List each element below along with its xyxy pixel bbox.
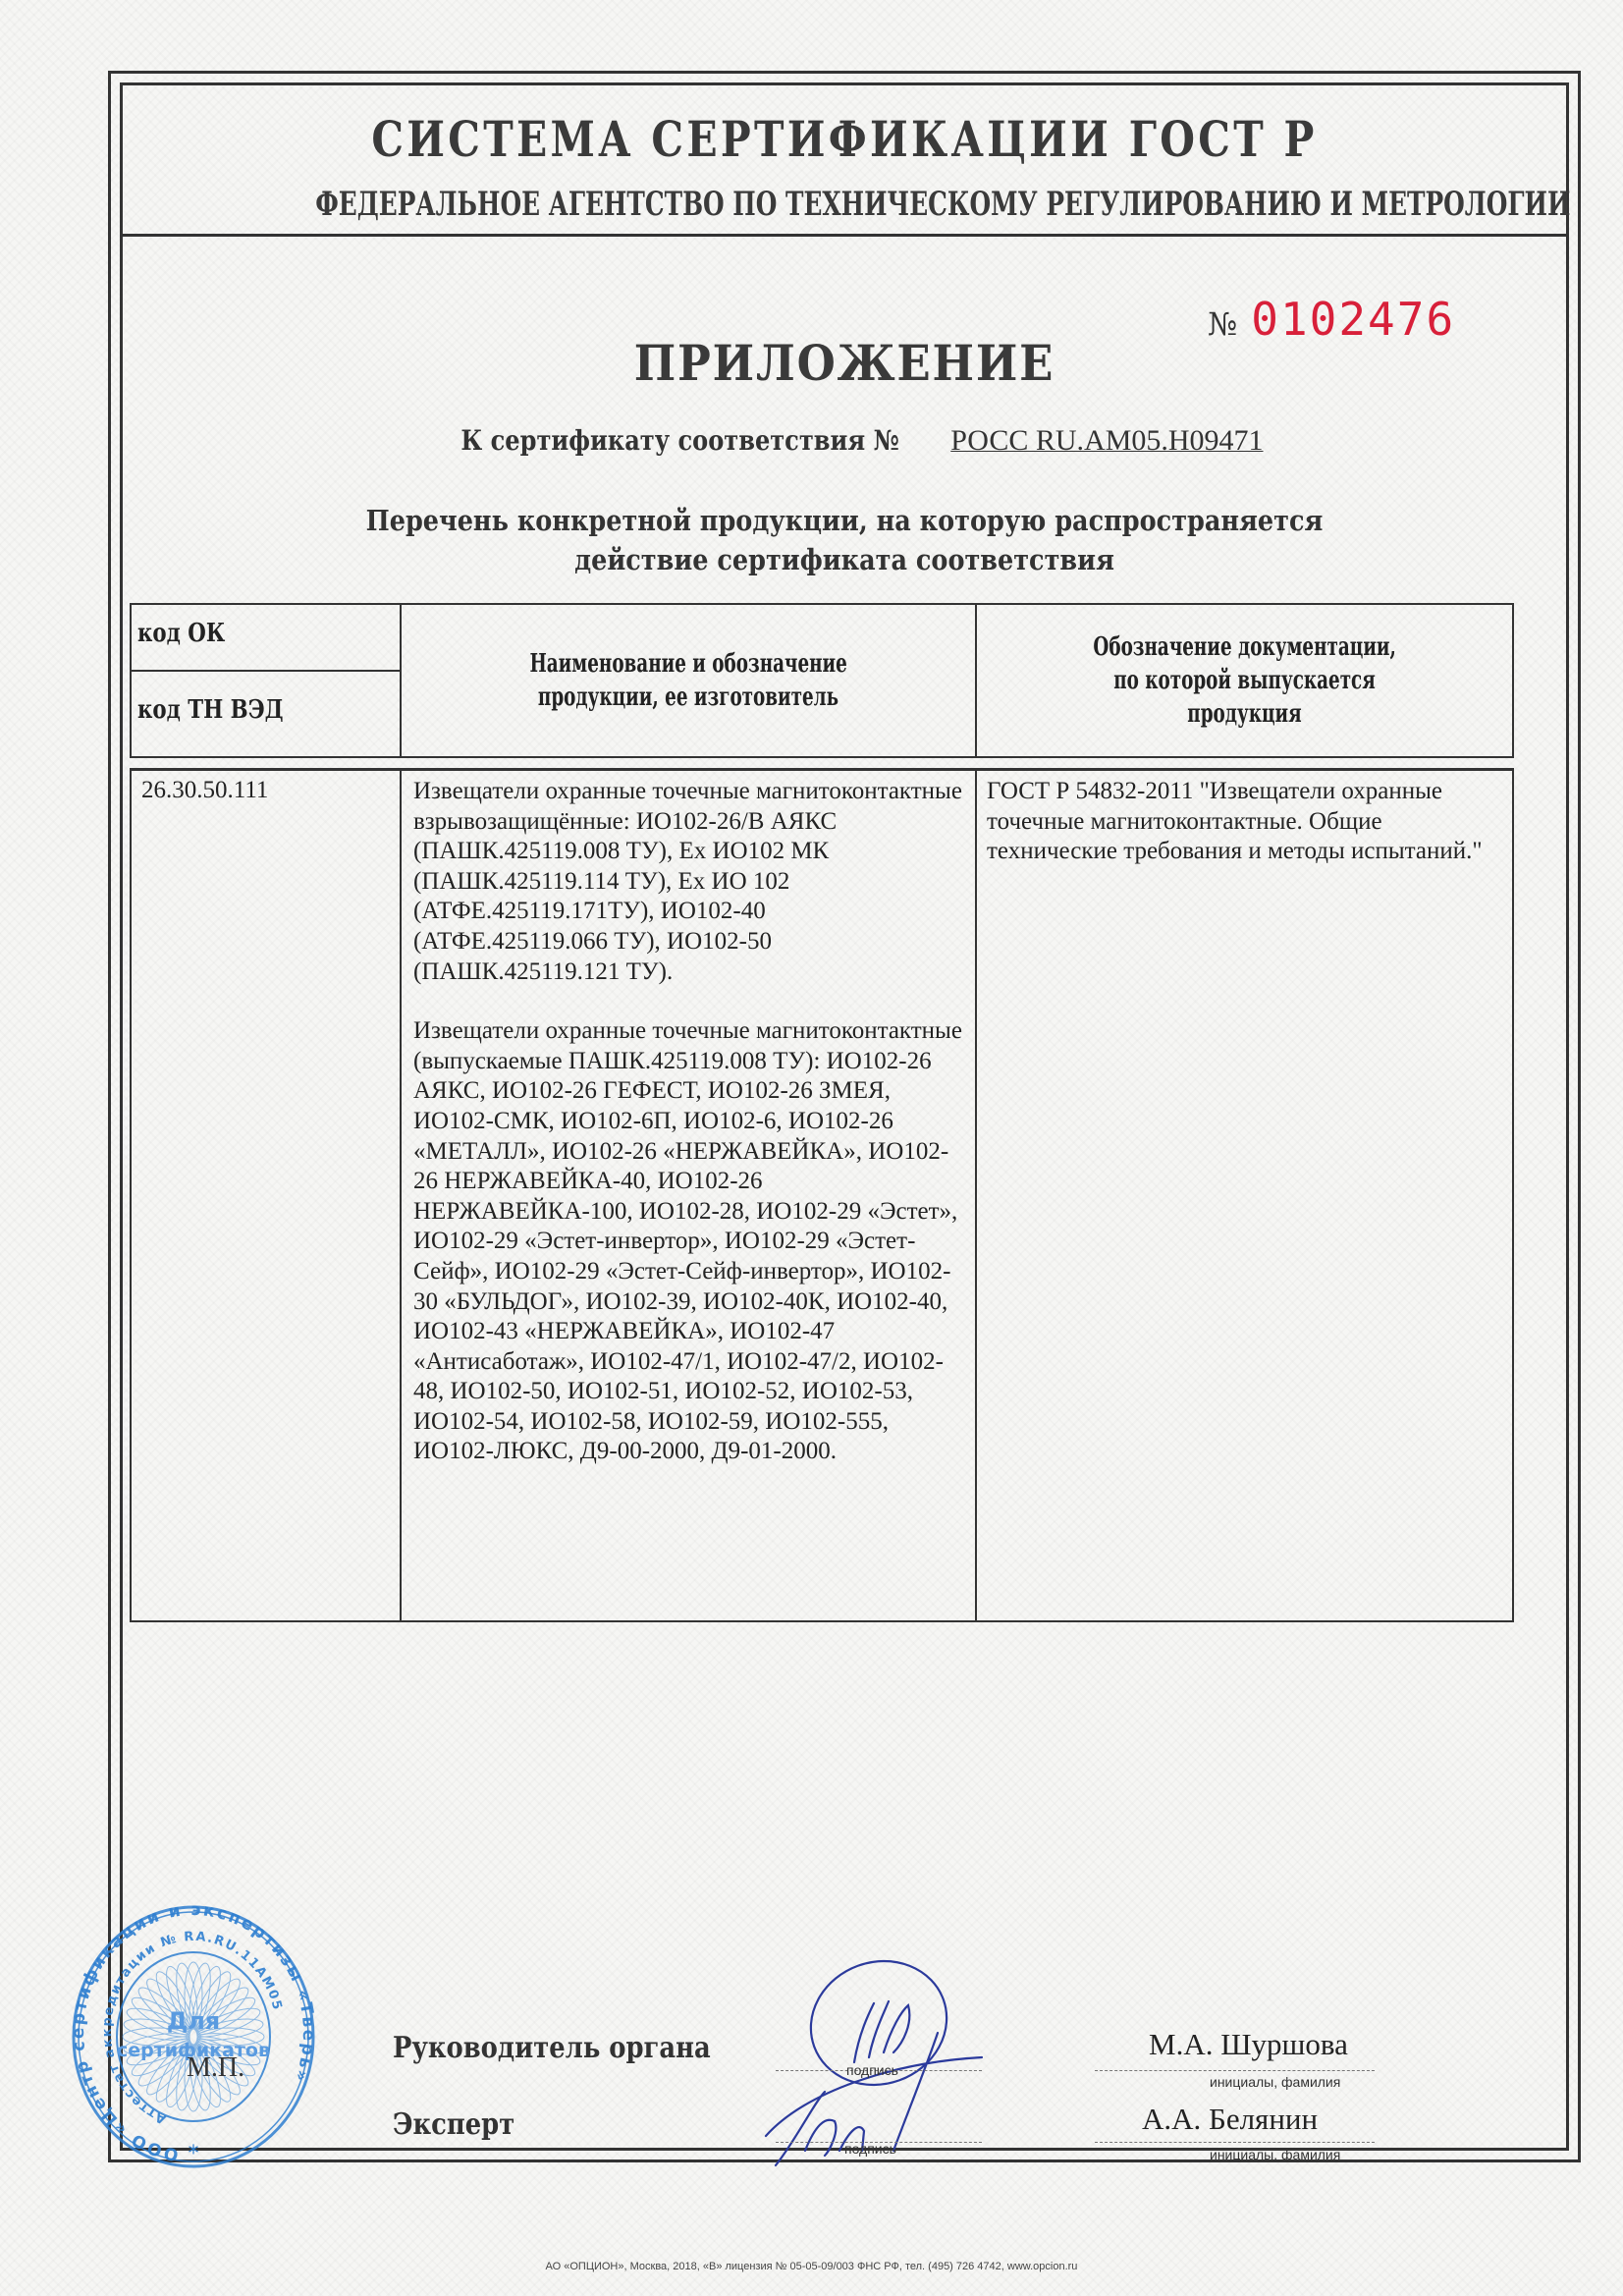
expert-label: Эксперт [393,2107,514,2142]
table-row: 26.30.50.111 Извещатели охранные точечны… [130,768,1514,1622]
head-name-line [1095,2070,1375,2071]
product-group-standard: Извещатели охранные точечные магнитоконт… [413,1016,963,1467]
header-code-tnved: код ТН ВЭД [137,695,284,725]
header-product-name-line2: продукции, ее изготовитель [538,681,839,714]
header-divider [120,234,1569,237]
expert-name-caption: инициалы, фамилия [1210,2147,1340,2162]
product-list-heading-line1: Перечень конкретной продукции, на котору… [207,501,1483,540]
head-name-caption: инициалы, фамилия [1210,2074,1340,2090]
appendix-title: ПРИЛОЖЕНИЕ [192,334,1496,392]
head-name: М.А. Шуршова [1149,2027,1348,2062]
expert-signature-caption: подпись [844,2141,896,2157]
header-codes-divider [132,670,400,672]
header-code-ok: код ОК [137,619,225,648]
head-of-body-label: Руководитель органа [393,2031,711,2065]
certificate-reference-label: К сертификату соответствия № [461,424,899,457]
printer-imprint: АО «ОПЦИОН», Москва, 2018, «В» лицензия … [0,2261,1623,2272]
head-signature-caption: подпись [846,2062,898,2078]
seal-place-label: М.П. [187,2052,244,2084]
product-list-heading-line2: действие сертификата соответствия [207,540,1483,579]
product-code-cell: 26.30.50.111 [132,771,402,1620]
header-documentation: Обозначение документации,по которой выпу… [977,605,1512,756]
agency-title: ФЕДЕРАЛЬНОЕ АГЕНТСТВО ПО ТЕХНИЧЕСКОМУ РЕ… [315,185,1373,224]
system-title: СИСТЕМА СЕРТИФИКАЦИИ ГОСТ Р [250,110,1438,168]
certificate-reference: К сертификату соответствия № РОСС RU.АМ0… [120,424,1569,458]
documentation-cell: ГОСТ Р 54832-2011 "Извещатели охранные т… [977,771,1512,1620]
header-product-name-line1: Наименование и обозначение [529,647,846,681]
product-list-heading: Перечень конкретной продукции, на котору… [207,501,1483,579]
header-codes-cell: код ОК код ТН ВЭД [132,605,402,756]
table-header: код ОК код ТН ВЭД Наименование и обознач… [130,603,1514,758]
product-name-cell: Извещатели охранные точечные магнитоконт… [402,771,977,1620]
header-product-name: Наименование и обозначениепродукции, ее … [402,605,977,756]
header-documentation-line1: Обозначение документации, [1093,630,1396,664]
certification-stamp-icon: ООО «Центр сертификации и экспертизы «Тв… [71,1903,316,2170]
svg-text:Для: Для [167,2007,220,2035]
expert-name-line [1095,2142,1375,2143]
expert-name: А.А. Белянин [1142,2102,1318,2137]
certificate-number: РОСС RU.АМ05.Н09471 [950,424,1263,457]
svg-text:*: * [189,2142,199,2166]
product-group-explosion-proof: Извещатели охранные точечные магнитоконт… [413,777,963,987]
header-documentation-line2: по которой выпускается продукция [1055,664,1434,731]
